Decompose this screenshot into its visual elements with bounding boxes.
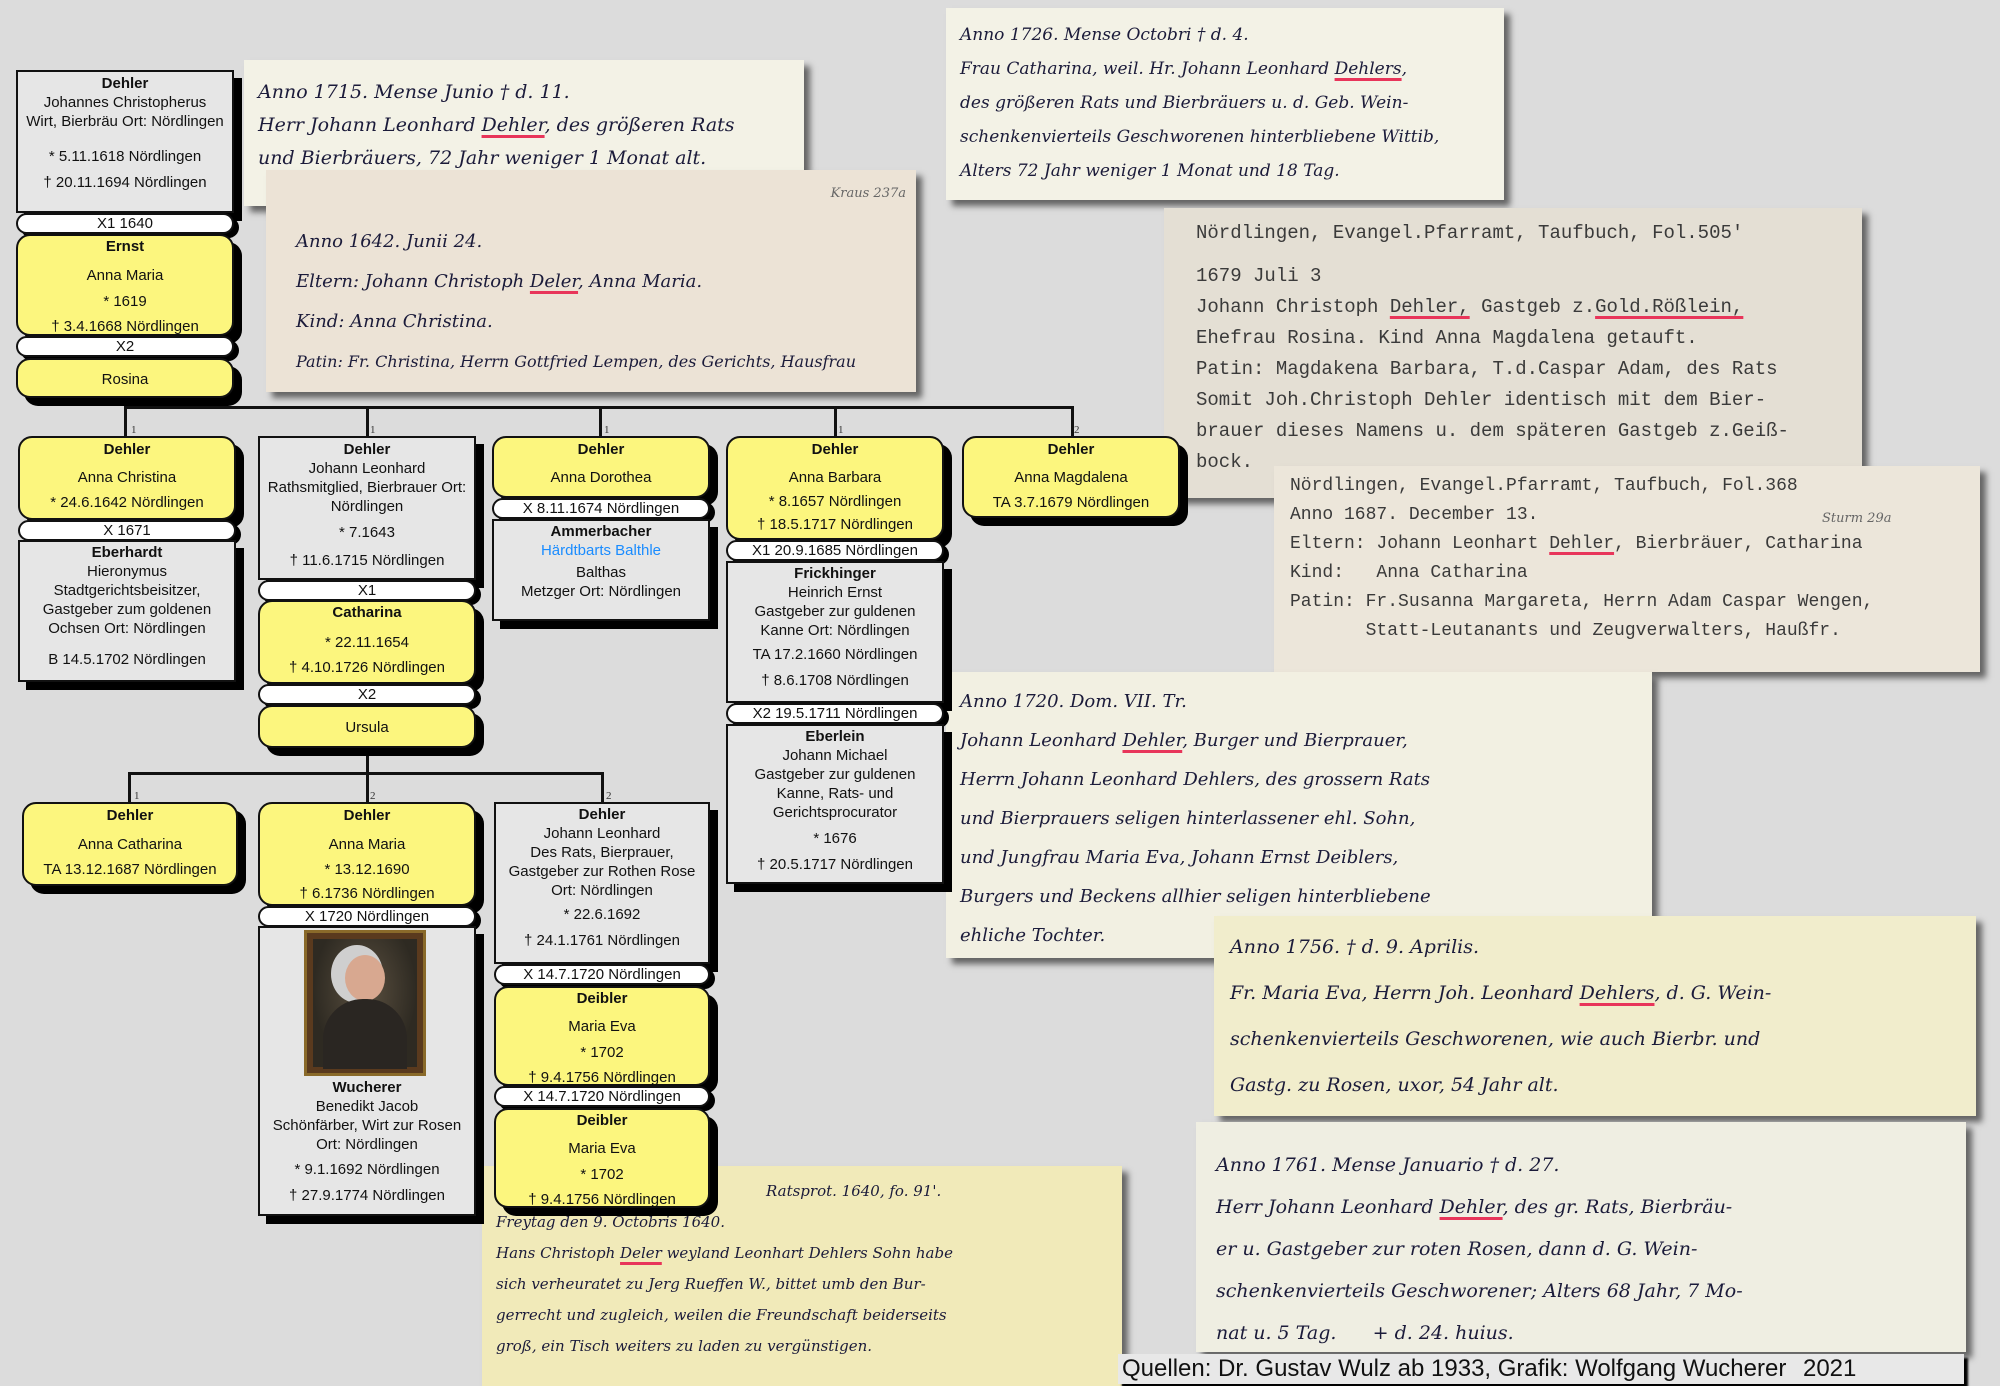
marriage-label: X1 (258, 580, 476, 601)
document-baptism-1642: Kraus 237a Anno 1642. Junii 24. Eltern: … (266, 170, 916, 392)
person-hieronymus-eberhardt[interactable]: Eberhardt Hieronymus Stadtgerichtsbeisit… (18, 540, 236, 682)
credits-footer: Quellen: Dr. Gustav Wulz ab 1933, Grafik… (1118, 1354, 1964, 1384)
marriage-label: X 1671 (18, 520, 236, 541)
connector (834, 406, 837, 436)
connector (124, 406, 127, 436)
person-anna-catharina-dehler[interactable]: Dehler Anna Catharina TA 13.12.1687 Nörd… (22, 802, 238, 886)
person-johannes-christopherus-dehler[interactable]: Dehler Johannes Christopherus Wirt, Bier… (16, 70, 234, 213)
person-balthas-ammerbacher[interactable]: Ammerbacher Härdtbarts Balthle Balthas M… (492, 519, 710, 621)
person-johann-leonhard-dehler-1643[interactable]: Dehler Johann Leonhard Rathsmitglied, Bi… (258, 436, 476, 580)
person-anna-maria-dehler-1690[interactable]: Dehler Anna Maria * 13.12.1690 † 6.1736 … (258, 802, 476, 906)
person-anna-maria-ernst[interactable]: Ernst Anna Maria * 1619 † 3.4.1668 Nördl… (16, 234, 234, 336)
document-burial-1756: Anno 1756. † d. 9. Aprilis. Fr. Maria Ev… (1214, 916, 1976, 1116)
archive-note: Kraus 237a (831, 174, 906, 214)
person-rosina[interactable]: Rosina (16, 358, 234, 398)
document-burial-1726: Anno 1726. Mense Octobri † d. 4. Frau Ca… (946, 8, 1504, 200)
portrait-face (345, 955, 385, 1001)
marriage-label: X 1720 Nördlingen (258, 906, 476, 927)
person-anna-magdalena-dehler[interactable]: Dehler Anna Magdalena TA 3.7.1679 Nördli… (962, 436, 1180, 518)
connector (601, 772, 604, 802)
person-anna-christina-dehler[interactable]: Dehler Anna Christina * 24.6.1642 Nördli… (18, 436, 236, 520)
person-anna-barbara-dehler[interactable]: Dehler Anna Barbara * 8.1657 Nördlingen … (726, 436, 944, 540)
person-ursula[interactable]: Ursula (258, 705, 476, 748)
connector (366, 406, 369, 436)
connector (366, 748, 369, 774)
person-heinrich-ernst-frickhinger[interactable]: Frickhinger Heinrich Ernst Gastgeber zur… (726, 561, 944, 703)
marriage-label: X 14.7.1720 Nördlingen (494, 964, 710, 985)
archive-note: Sturm 29a (1822, 504, 1891, 533)
marriage-label: X1 1640 (16, 213, 234, 234)
highlighted-name: Dehler (482, 114, 545, 136)
marriage-label: X 14.7.1720 Nördlingen (494, 1086, 710, 1107)
connector (599, 406, 602, 436)
nickname-link[interactable]: Härdtbarts Balthle (494, 541, 708, 560)
marriage-label: X2 (258, 684, 476, 705)
document-burial-1761: Anno 1761. Mense Januario † d. 27. Herr … (1196, 1122, 1966, 1352)
person-catharina[interactable]: Catharina * 22.11.1654 † 4.10.1726 Nördl… (258, 600, 476, 684)
person-johann-michael-eberlein[interactable]: Eberlein Johann Michael Gastgeber zur gu… (726, 724, 944, 884)
portrait-painting (304, 930, 426, 1076)
credits-text: Quellen: Dr. Gustav Wulz ab 1933, Grafik… (1122, 1355, 1786, 1382)
person-maria-eva-deibler-duplicate[interactable]: Deibler Maria Eva * 1702 † 9.4.1756 Nörd… (494, 1108, 710, 1208)
person-anna-dorothea-dehler[interactable]: Dehler Anna Dorothea (492, 436, 710, 498)
marriage-label: X 8.11.1674 Nördlingen (492, 498, 710, 519)
marriage-label: X2 19.5.1711 Nördlingen (726, 703, 944, 724)
person-maria-eva-deibler[interactable]: Deibler Maria Eva * 1702 † 9.4.1756 Nörd… (494, 986, 710, 1086)
person-johann-leonhard-dehler-1692[interactable]: Dehler Johann Leonhard Des Rats, Bierpra… (494, 802, 710, 964)
connector (128, 772, 131, 802)
marriage-label: X1 20.9.1685 Nördlingen (726, 540, 944, 561)
document-baptism-1679: Nördlingen, Evangel.Pfarramt, Taufbuch, … (1164, 208, 1862, 498)
document-baptism-1687: Sturm 29a Nördlingen, Evangel.Pfarramt, … (1274, 466, 1980, 672)
connector (366, 772, 369, 802)
credits-year: 2021 (1803, 1355, 1856, 1382)
marriage-label: X2 (16, 336, 234, 357)
portrait-body (323, 999, 407, 1069)
wucherer-details: Wucherer Benedikt Jacob Schönfärber, Wir… (258, 1078, 476, 1205)
